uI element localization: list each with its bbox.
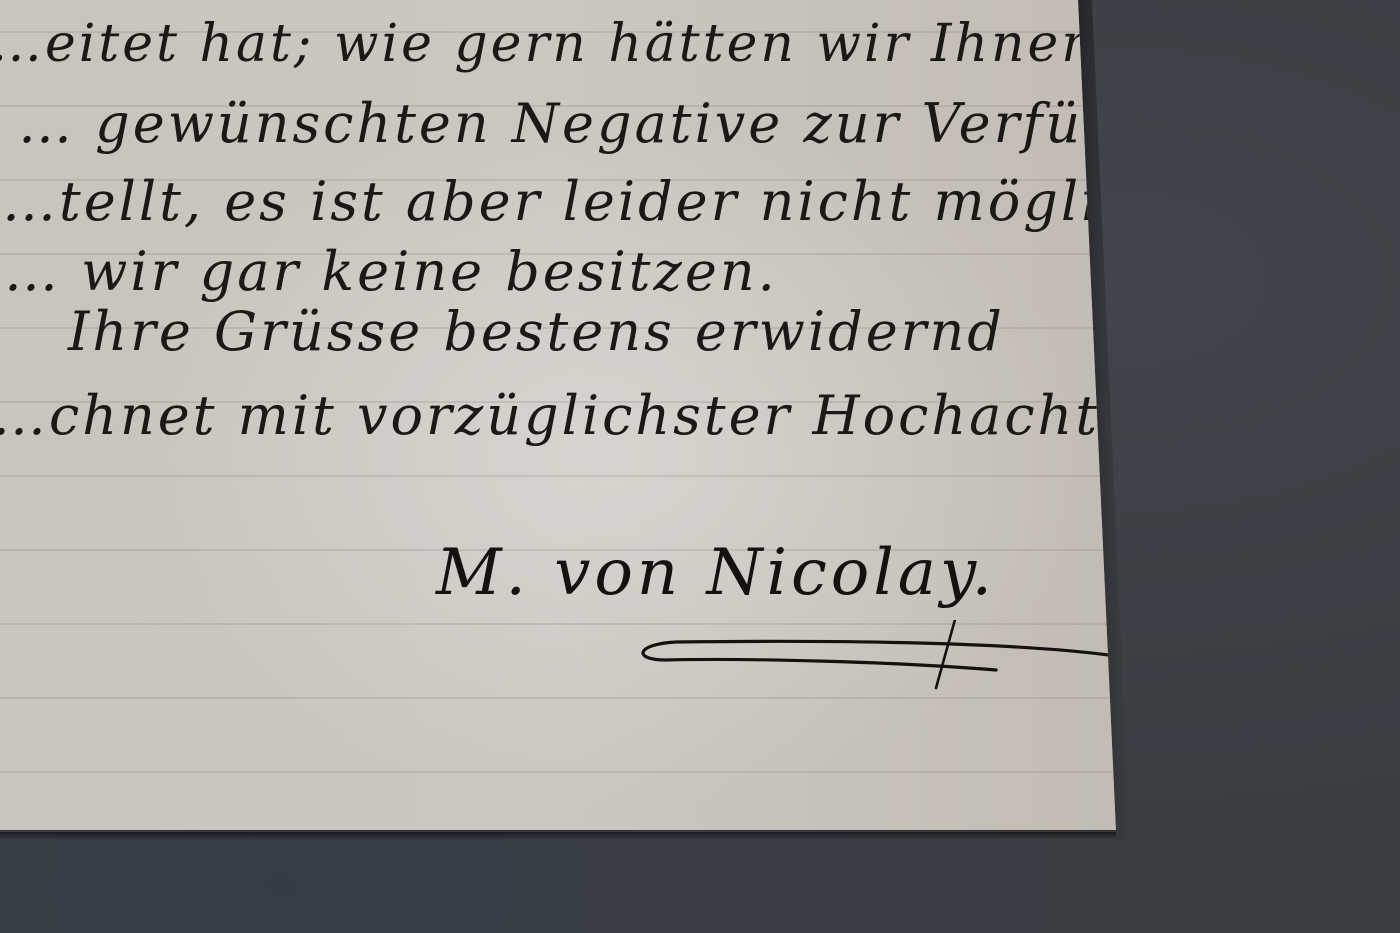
letter-line-3: …tellt, es ist aber leider nicht möglich xyxy=(2,170,1172,233)
paper-bottom-shadow xyxy=(0,830,1116,840)
signature-flourish-icon xyxy=(636,620,1116,690)
signature: M. von Nicolay. xyxy=(436,536,996,610)
letter-line-4: … wir gar keine besitzen. xyxy=(4,240,778,303)
letter-line-5: Ihre Grüsse bestens erwidernd xyxy=(68,300,1005,363)
letter-line-2: … gewünschten Negative zur Verfügung xyxy=(18,92,1234,155)
letter-line-6: …chnet mit vorzüglichster Hochachtung xyxy=(0,384,1213,447)
letter-paper: …eitet hat; wie gern hätten wir Ihnen … … xyxy=(0,0,1116,832)
letter-line-1: …eitet hat; wie gern hätten wir Ihnen xyxy=(0,14,1098,74)
